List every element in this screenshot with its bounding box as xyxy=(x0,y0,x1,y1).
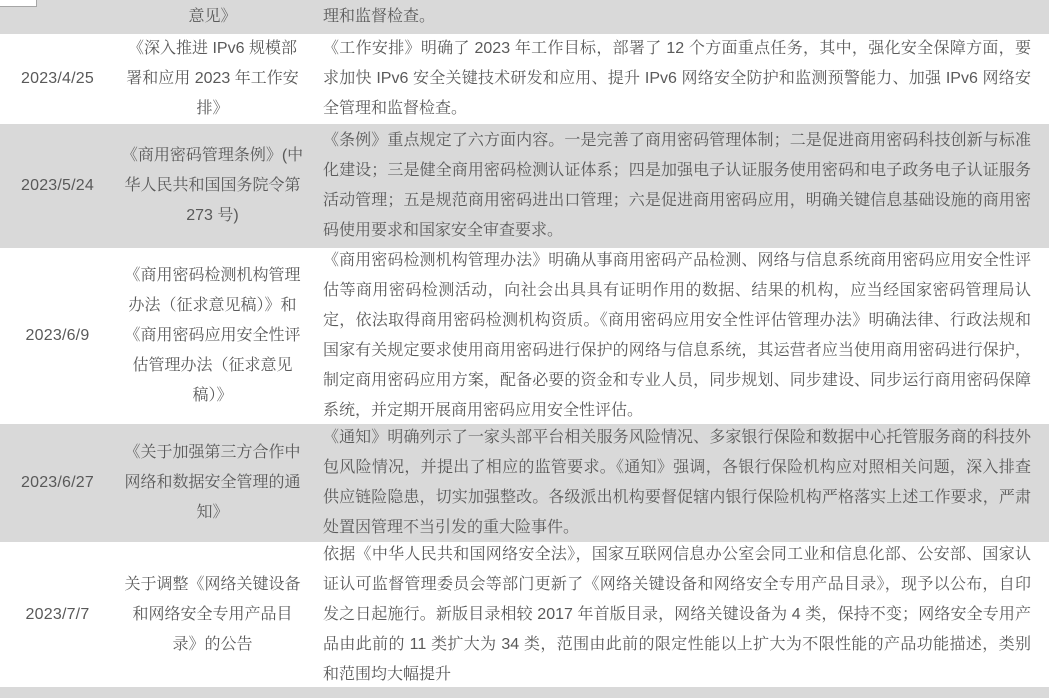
policy-title-cell xyxy=(115,687,310,698)
table-row: 2023/6/9 《商用密码检测机构管理办法（征求意见稿）》和《商用密码应用安全… xyxy=(0,248,1049,424)
table-row xyxy=(0,687,1049,698)
policy-title-cell: 关于调整《网络关键设备和网络安全专用产品目录》的公告 xyxy=(115,542,310,687)
policy-table: 意见》 理和监督检查。 2023/4/25 《深入推进 IPv6 规模部署和应用… xyxy=(0,0,1049,698)
date-cell: 2023/4/25 xyxy=(0,34,115,124)
policy-title-cell: 《深入推进 IPv6 规模部署和应用 2023 年工作安排》 xyxy=(115,34,310,124)
policy-summary-text: 《通知》明确列示了一家头部平台相关服务风险情况、多家银行保险和数据中心托管服务商… xyxy=(323,423,1031,543)
policy-summary-cell: 《通知》明确列示了一家头部平台相关服务风险情况、多家银行保险和数据中心托管服务商… xyxy=(310,424,1049,542)
table-row: 2023/7/7 关于调整《网络关键设备和网络安全专用产品目录》的公告 依据《中… xyxy=(0,542,1049,687)
policy-title-cell: 《商用密码管理条例》(中华人民共和国国务院令第 273 号) xyxy=(115,124,310,248)
date-cell xyxy=(0,687,115,698)
policy-summary-text: 《工作安排》明确了 2023 年工作目标，部署了 12 个方面重点任务，其中，强… xyxy=(323,34,1031,124)
date-cell: 2023/6/27 xyxy=(0,424,115,542)
policy-summary-cell: 《条例》重点规定了六方面内容。一是完善了商用密码管理体制；二是促进商用密码科技创… xyxy=(310,124,1049,248)
date-cell: 2023/6/9 xyxy=(0,248,115,424)
policy-summary-text: 《商用密码检测机构管理办法》明确从事商用密码产品检测、网络与信息系统商用密码应用… xyxy=(323,246,1031,426)
table-row: 意见》 理和监督检查。 xyxy=(0,0,1049,34)
policy-summary-cell: 《工作安排》明确了 2023 年工作目标，部署了 12 个方面重点任务，其中，强… xyxy=(310,34,1049,124)
policy-summary-text: 依据《中华人民共和国网络安全法》，国家互联网信息办公室会同工业和信息化部、公安部… xyxy=(323,540,1031,690)
date-cell: 2023/7/7 xyxy=(0,542,115,687)
table-row: 2023/4/25 《深入推进 IPv6 规模部署和应用 2023 年工作安排》… xyxy=(0,34,1049,124)
policy-title-cell: 意见》 xyxy=(115,0,310,34)
policy-title-cell: 《商用密码检测机构管理办法（征求意见稿）》和《商用密码应用安全性评估管理办法（征… xyxy=(115,248,310,424)
date-cell: 2023/5/24 xyxy=(0,124,115,248)
policy-summary-text: 理和监督检查。 xyxy=(323,2,1031,32)
table-row: 2023/6/27 《关于加强第三方合作中网络和数据安全管理的通知》 《通知》明… xyxy=(0,424,1049,542)
document-page: 意见》 理和监督检查。 2023/4/25 《深入推进 IPv6 规模部署和应用… xyxy=(0,0,1049,698)
policy-summary-cell xyxy=(310,687,1049,698)
table-row: 2023/5/24 《商用密码管理条例》(中华人民共和国国务院令第 273 号)… xyxy=(0,124,1049,248)
policy-summary-cell: 依据《中华人民共和国网络安全法》，国家互联网信息办公室会同工业和信息化部、公安部… xyxy=(310,542,1049,687)
policy-summary-cell: 理和监督检查。 xyxy=(310,0,1049,34)
policy-summary-text: 《条例》重点规定了六方面内容。一是完善了商用密码管理体制；二是促进商用密码科技创… xyxy=(323,126,1031,246)
policy-title-cell: 《关于加强第三方合作中网络和数据安全管理的通知》 xyxy=(115,424,310,542)
table-corner-fragment xyxy=(0,0,37,7)
policy-summary-cell: 《商用密码检测机构管理办法》明确从事商用密码产品检测、网络与信息系统商用密码应用… xyxy=(310,248,1049,424)
